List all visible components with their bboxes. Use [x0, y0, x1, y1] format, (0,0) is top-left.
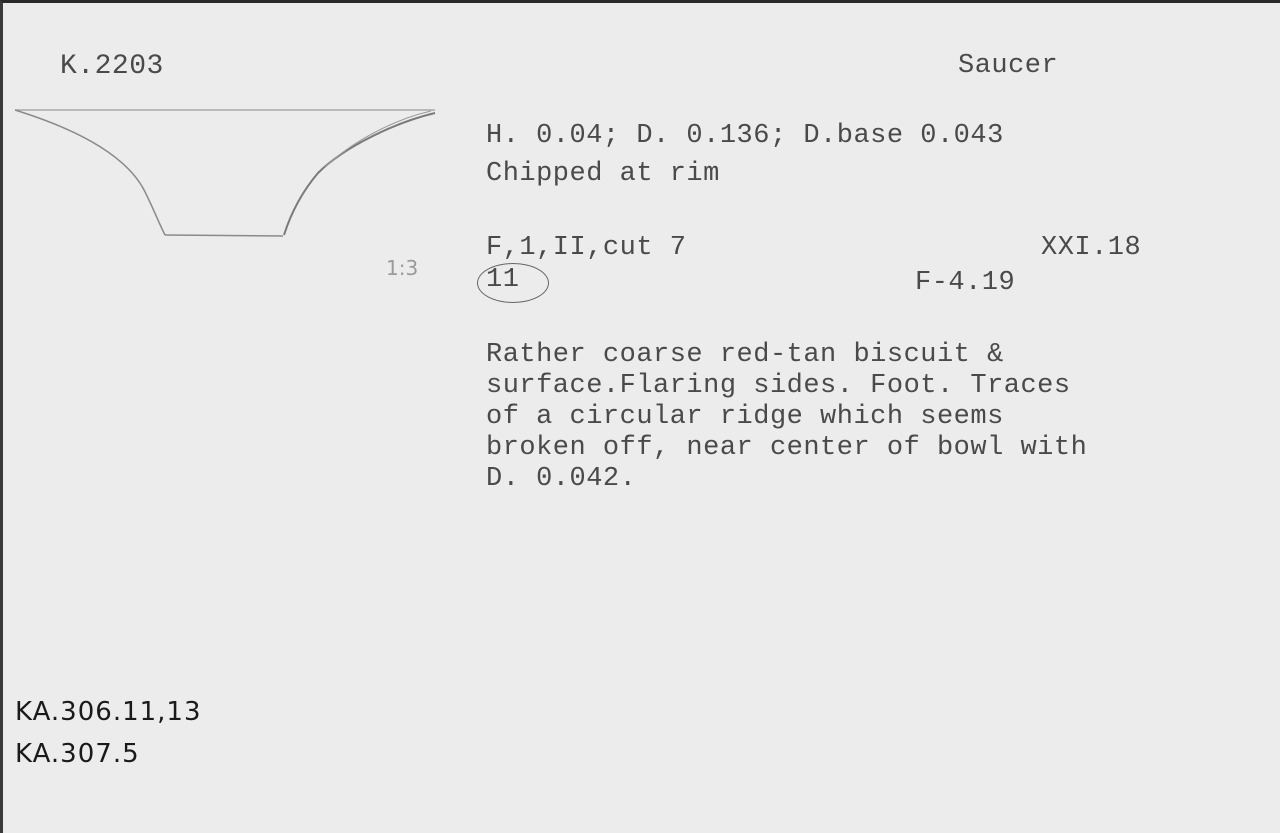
description-line: surface.Flaring sides. Foot. Traces — [486, 371, 1071, 401]
dimensions: H. 0.04; D. 0.136; D.base 0.043 — [486, 121, 1004, 151]
description-line: of a circular ridge which seems — [486, 402, 1004, 432]
description-line: Rather coarse red-tan biscuit & — [486, 340, 1004, 370]
condition: Chipped at rim — [486, 159, 720, 189]
handwritten-ref: KA.306.11,13 — [15, 697, 202, 727]
catalog-number: K.2203 — [60, 51, 164, 82]
circle-mark — [477, 263, 549, 303]
description-line: D. 0.042. — [486, 464, 636, 494]
inventory-ref: XXI.18 — [1041, 233, 1141, 263]
saucer-profile-drawing — [3, 93, 443, 253]
catalog-card: K.2203 1:3 Saucer H. 0.04; D. 0.136; D.b… — [0, 0, 1280, 833]
handwritten-ref: KA.307.5 — [15, 739, 140, 769]
findspot: F,1,II,cut 7 — [486, 233, 686, 263]
description-line: broken off, near center of bowl with — [486, 433, 1087, 463]
object-type: Saucer — [958, 51, 1058, 81]
photo-ref: F-4.19 — [915, 268, 1015, 298]
drawing-scale: 1:3 — [386, 256, 418, 280]
